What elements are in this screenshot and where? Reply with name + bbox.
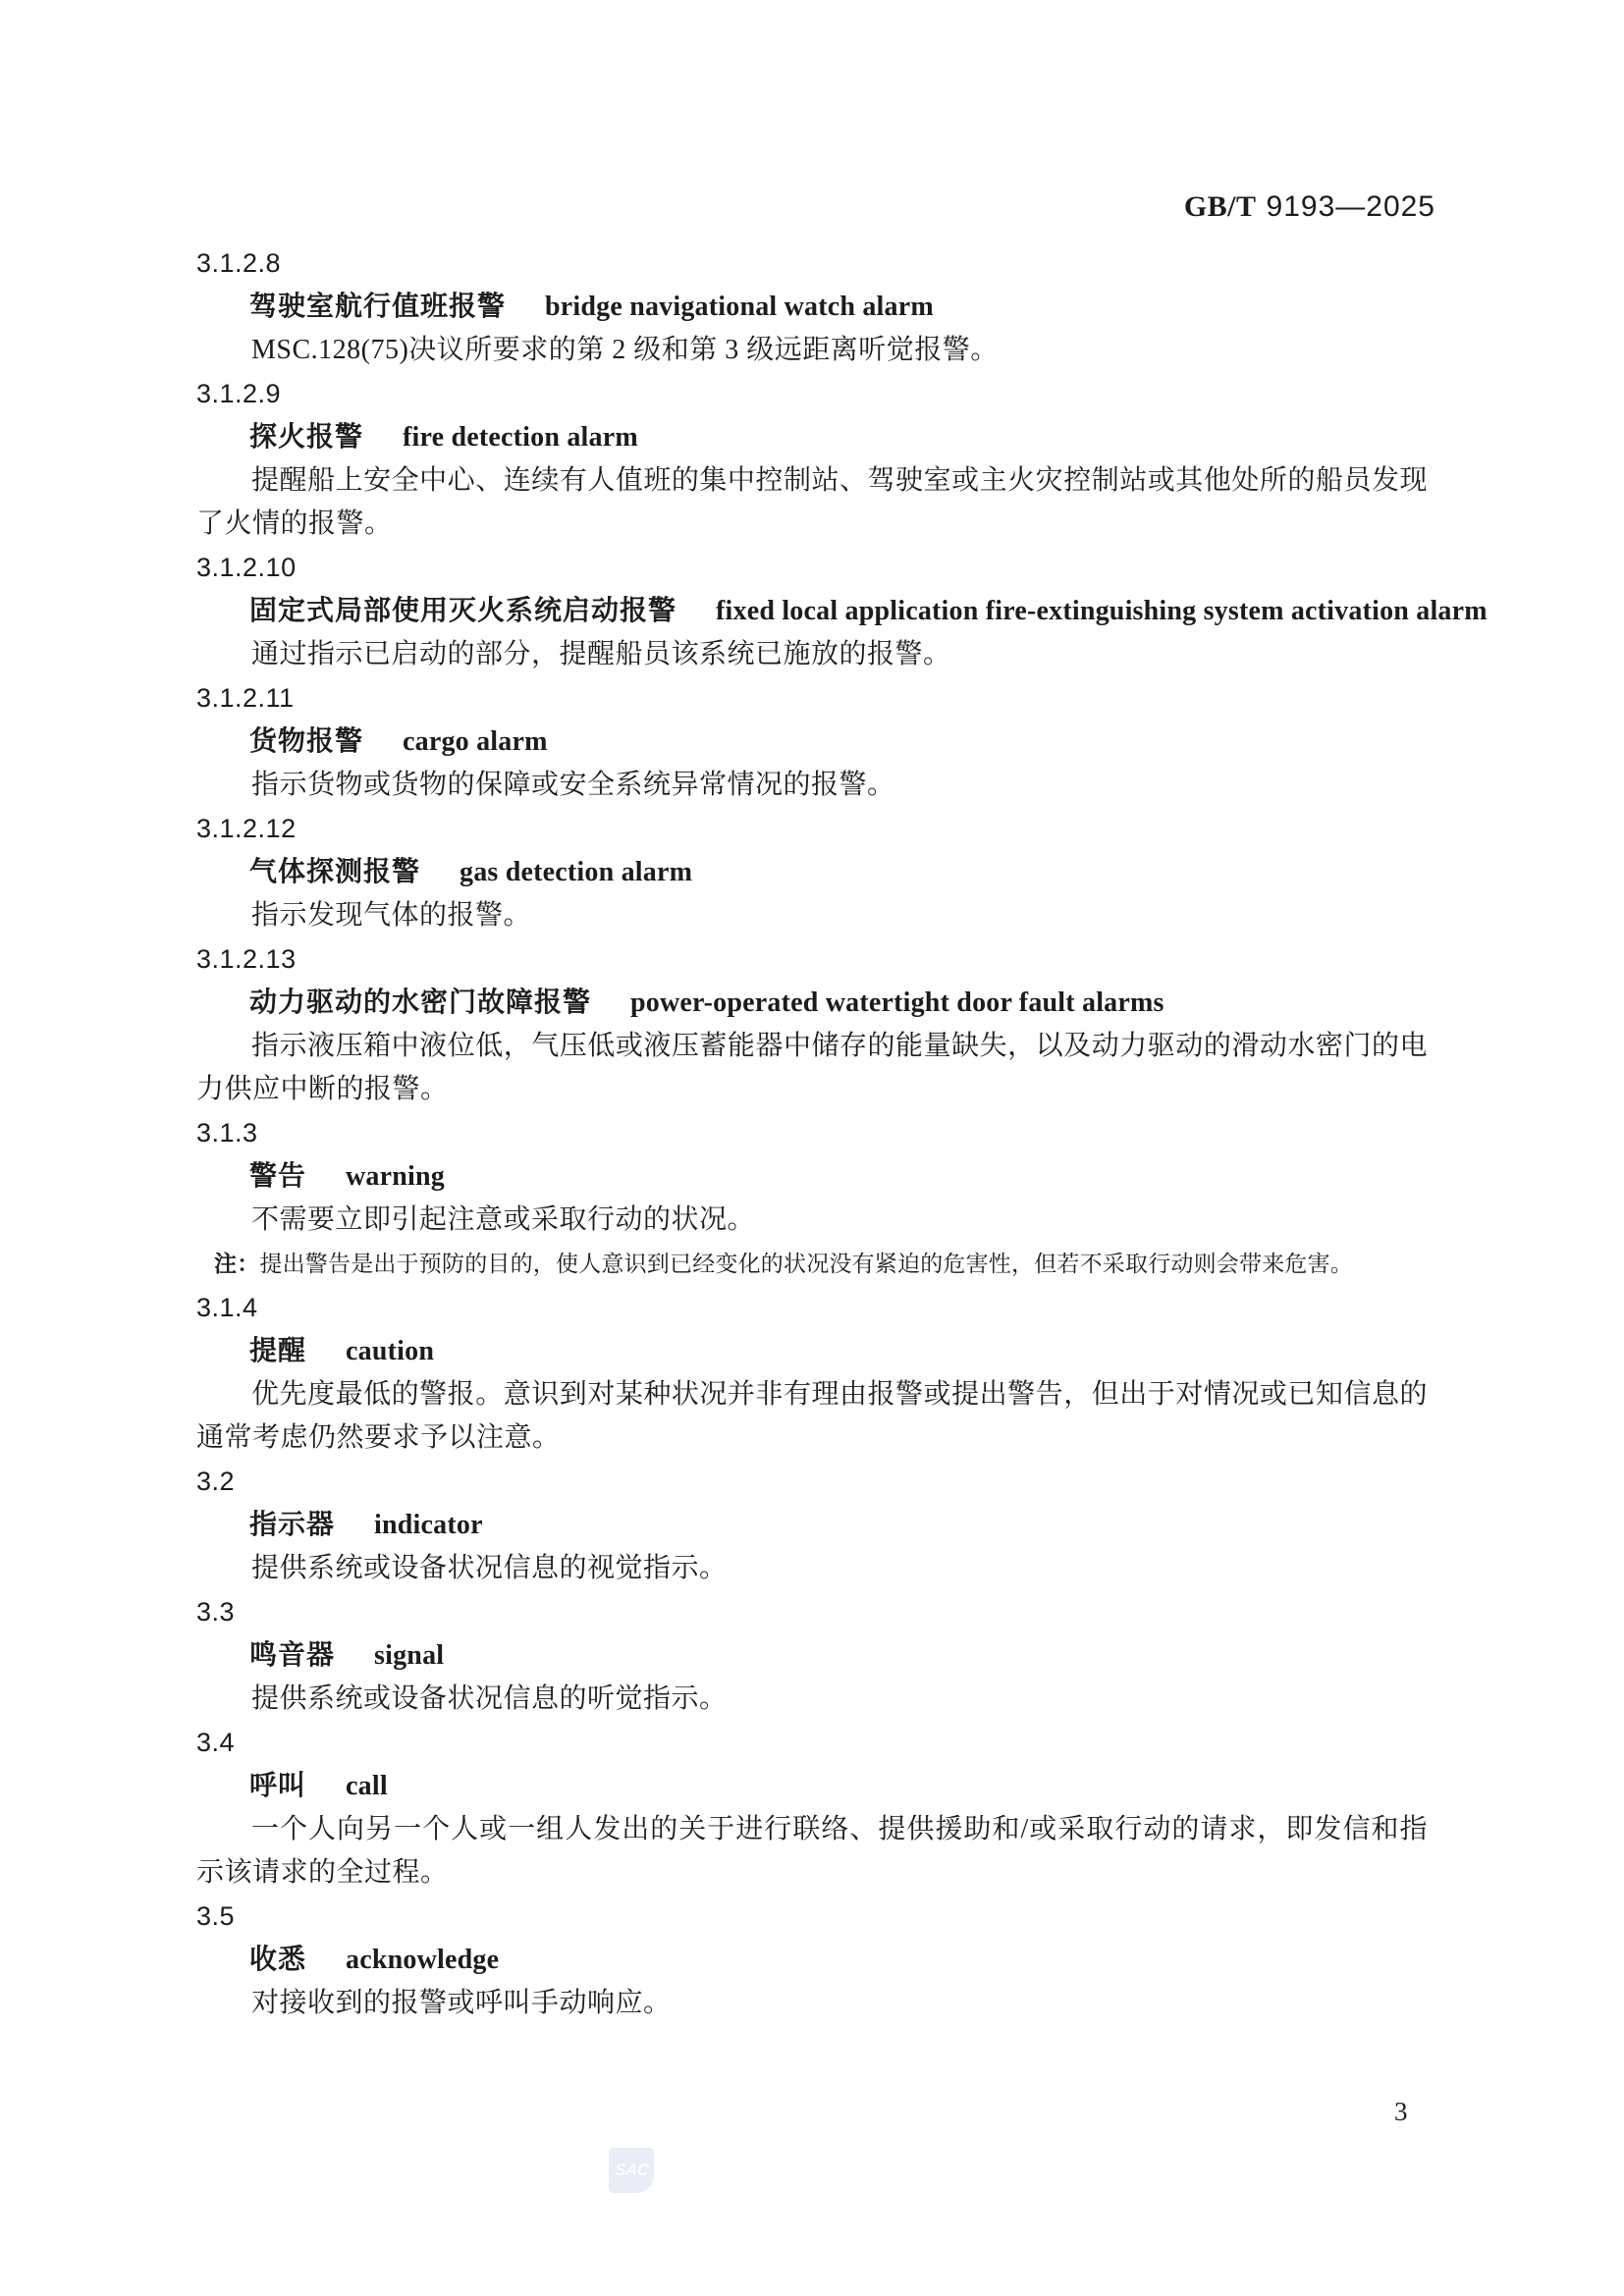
term-chinese: 呼叫 bbox=[249, 1770, 306, 1800]
term-english: bridge navigational watch alarm bbox=[545, 292, 934, 322]
term-chinese: 货物报警 bbox=[249, 725, 363, 756]
term-section: 3.1.2.13 动力驱动的水密门故障报警power-operated wate… bbox=[196, 937, 1428, 1111]
term-definition: 不需要立即引起注意或采取行动的状况。 bbox=[196, 1199, 1428, 1242]
term-line: 动力驱动的水密门故障报警power-operated watertight do… bbox=[196, 981, 1428, 1025]
term-section: 3.1.2.8 驾驶室航行值班报警bridge navigational wat… bbox=[196, 241, 1428, 372]
term-section: 3.4 呼叫call 一个人向另一个人或一组人发出的关于进行联络、提供援助和/或… bbox=[196, 1721, 1428, 1895]
term-chinese: 指示器 bbox=[249, 1509, 335, 1539]
term-line: 指示器indicator bbox=[196, 1503, 1428, 1547]
term-chinese: 警告 bbox=[249, 1160, 306, 1191]
term-english: fixed local application fire-extinguishi… bbox=[716, 596, 1488, 626]
term-section: 3.1.2.10 固定式局部使用灭火系统启动报警fixed local appl… bbox=[196, 546, 1428, 676]
term-section: 3.2 指示器indicator 提供系统或设备状况信息的视觉指示。 bbox=[196, 1460, 1428, 1590]
term-english: acknowledge bbox=[346, 1945, 499, 1975]
term-section: 3.1.2.9 探火报警fire detection alarm 提醒船上安全中… bbox=[196, 372, 1428, 546]
page-number: 3 bbox=[1394, 2097, 1408, 2127]
section-number: 3.1.2.8 bbox=[196, 241, 1428, 285]
term-section: 3.1.2.11 货物报警cargo alarm 指示货物或货物的保障或安全系统… bbox=[196, 676, 1428, 807]
term-line: 气体探测报警gas detection alarm bbox=[196, 850, 1428, 894]
term-chinese: 气体探测报警 bbox=[249, 856, 420, 886]
term-english: fire detection alarm bbox=[403, 422, 638, 453]
term-line: 收悉acknowledge bbox=[196, 1938, 1428, 1982]
term-definition: 提醒船上安全中心、连续有人值班的集中控制站、驾驶室或主火灾控制站或其他处所的船员… bbox=[196, 459, 1428, 546]
term-chinese: 收悉 bbox=[249, 1944, 306, 1974]
term-chinese: 鸣音器 bbox=[249, 1639, 335, 1670]
term-line: 驾驶室航行值班报警bridge navigational watch alarm bbox=[196, 285, 1428, 329]
note-label: 注： bbox=[214, 1251, 259, 1276]
term-section: 3.1.2.12 气体探测报警gas detection alarm 指示发现气… bbox=[196, 807, 1428, 937]
term-chinese: 驾驶室航行值班报警 bbox=[249, 291, 506, 321]
term-definition: MSC.128(75)决议所要求的第 2 级和第 3 级远距离听觉报警。 bbox=[196, 329, 1428, 372]
term-definition: 优先度最低的警报。意识到对某种状况并非有理由报警或提出警告，但出于对情况或已知信… bbox=[196, 1373, 1428, 1460]
section-number: 3.1.2.9 bbox=[196, 372, 1428, 415]
note-text: 提出警告是出于预防的目的，使人意识到已经变化的状况没有紧迫的危害性，但若不采取行… bbox=[259, 1252, 1353, 1276]
term-english: cargo alarm bbox=[403, 726, 548, 757]
standard-code-prefix: GB/T bbox=[1184, 190, 1257, 223]
section-number: 3.1.2.12 bbox=[196, 807, 1428, 850]
term-english: power-operated watertight door fault ala… bbox=[630, 988, 1164, 1018]
term-definition: 提供系统或设备状况信息的视觉指示。 bbox=[196, 1547, 1428, 1590]
sac-watermark-text: SAC bbox=[614, 2161, 650, 2180]
term-line: 提醒caution bbox=[196, 1329, 1428, 1373]
term-note: 注：提出警告是出于预防的目的，使人意识到已经变化的状况没有紧迫的危害性，但若不采… bbox=[196, 1242, 1428, 1286]
section-number: 3.1.4 bbox=[196, 1286, 1428, 1329]
term-chinese: 提醒 bbox=[249, 1335, 306, 1365]
term-definition: 指示发现气体的报警。 bbox=[196, 894, 1428, 937]
section-number: 3.1.2.11 bbox=[196, 676, 1428, 720]
section-number: 3.1.3 bbox=[196, 1111, 1428, 1154]
document-header: GB/T9193—2025 bbox=[1184, 190, 1435, 224]
term-section: 3.5 收悉acknowledge 对接收到的报警或呼叫手动响应。 bbox=[196, 1895, 1428, 2025]
standard-code-number: 9193—2025 bbox=[1267, 190, 1435, 223]
term-line: 探火报警fire detection alarm bbox=[196, 415, 1428, 459]
term-section: 3.1.3 警告warning 不需要立即引起注意或采取行动的状况。 注：提出警… bbox=[196, 1111, 1428, 1286]
section-number: 3.4 bbox=[196, 1721, 1428, 1764]
term-english: warning bbox=[346, 1161, 445, 1192]
term-line: 固定式局部使用灭火系统启动报警fixed local application f… bbox=[196, 589, 1428, 633]
document-page: GB/T9193—2025 3.1.2.8 驾驶室航行值班报警bridge na… bbox=[0, 0, 1624, 2296]
term-english: caution bbox=[346, 1336, 434, 1366]
section-number: 3.5 bbox=[196, 1895, 1428, 1938]
term-english: indicator bbox=[374, 1510, 483, 1540]
term-definition: 提供系统或设备状况信息的听觉指示。 bbox=[196, 1678, 1428, 1721]
term-english: gas detection alarm bbox=[460, 857, 692, 887]
sac-watermark-logo: SAC bbox=[609, 2148, 654, 2193]
term-english: signal bbox=[374, 1640, 444, 1671]
section-number: 3.3 bbox=[196, 1590, 1428, 1633]
section-number: 3.1.2.13 bbox=[196, 937, 1428, 981]
term-definition: 指示货物或货物的保障或安全系统异常情况的报警。 bbox=[196, 764, 1428, 807]
term-definition: 通过指示已启动的部分，提醒船员该系统已施放的报警。 bbox=[196, 633, 1428, 676]
term-chinese: 探火报警 bbox=[249, 421, 363, 452]
section-number: 3.1.2.10 bbox=[196, 546, 1428, 589]
term-section: 3.1.4 提醒caution 优先度最低的警报。意识到对某种状况并非有理由报警… bbox=[196, 1286, 1428, 1460]
term-section: 3.3 鸣音器signal 提供系统或设备状况信息的听觉指示。 bbox=[196, 1590, 1428, 1721]
term-line: 货物报警cargo alarm bbox=[196, 720, 1428, 764]
term-definition: 指示液压箱中液位低，气压低或液压蓄能器中储存的能量缺失，以及动力驱动的滑动水密门… bbox=[196, 1025, 1428, 1111]
term-english: call bbox=[346, 1771, 388, 1801]
term-line: 呼叫call bbox=[196, 1764, 1428, 1808]
terms-and-definitions-content: 3.1.2.8 驾驶室航行值班报警bridge navigational wat… bbox=[196, 241, 1428, 2025]
section-number: 3.2 bbox=[196, 1460, 1428, 1503]
term-line: 鸣音器signal bbox=[196, 1633, 1428, 1678]
term-definition: 对接收到的报警或呼叫手动响应。 bbox=[196, 1982, 1428, 2025]
term-chinese: 固定式局部使用灭火系统启动报警 bbox=[249, 595, 677, 625]
term-chinese: 动力驱动的水密门故障报警 bbox=[249, 987, 591, 1017]
term-definition: 一个人向另一个人或一组人发出的关于进行联络、提供援助和/或采取行动的请求，即发信… bbox=[196, 1808, 1428, 1895]
term-line: 警告warning bbox=[196, 1154, 1428, 1199]
